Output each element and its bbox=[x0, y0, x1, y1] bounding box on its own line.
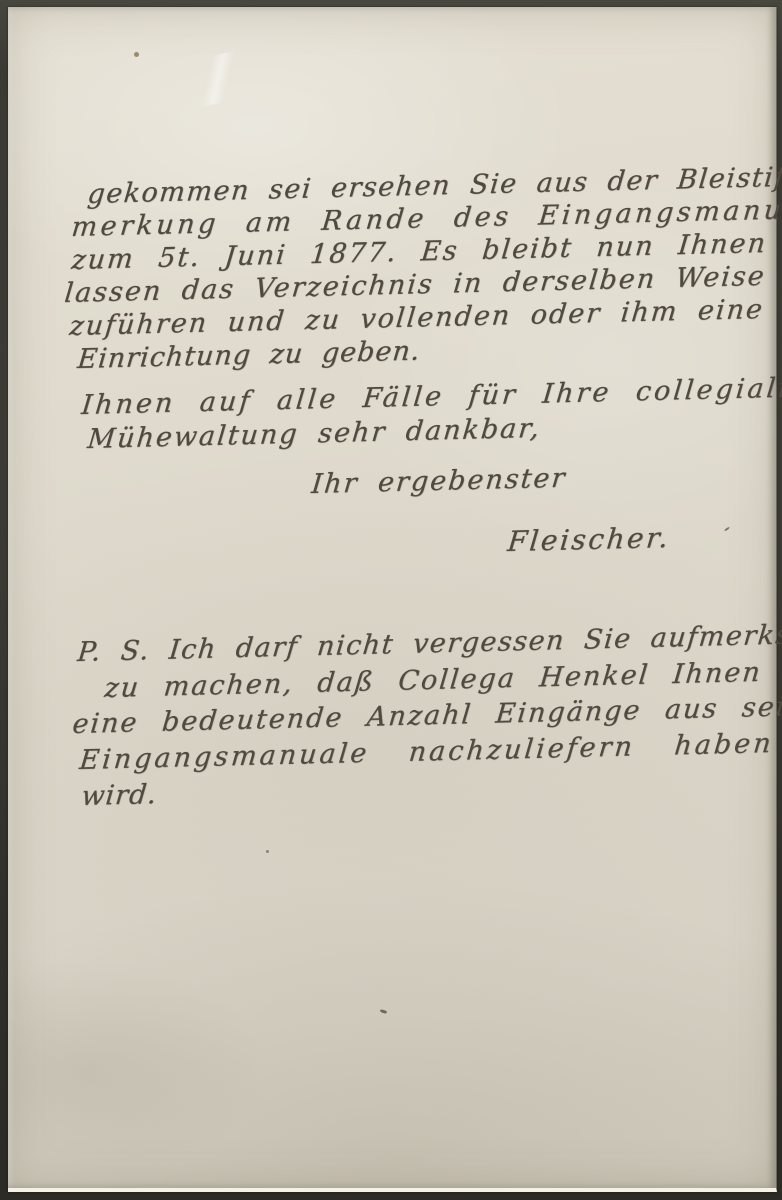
paper-crease bbox=[154, 43, 281, 115]
foxing-spot bbox=[134, 52, 139, 57]
paper-speck bbox=[724, 526, 730, 531]
handwritten-line: Ihnen auf alle Fälle für Ihre collegiali… bbox=[80, 371, 782, 421]
scan-background: gekommen sei ersehen Sie aus der Bleisti… bbox=[0, 0, 782, 1200]
letter-page: gekommen sei ersehen Sie aus der Bleisti… bbox=[8, 7, 777, 1192]
signature: Fleischer. bbox=[506, 521, 672, 558]
paper-speck bbox=[266, 850, 269, 853]
postscript-line: wird. bbox=[80, 779, 159, 812]
paper-speck bbox=[380, 1009, 388, 1014]
handwritten-line: Einrichtung zu geben. bbox=[76, 336, 422, 375]
closing-line: Ihr ergebenster bbox=[310, 463, 568, 500]
